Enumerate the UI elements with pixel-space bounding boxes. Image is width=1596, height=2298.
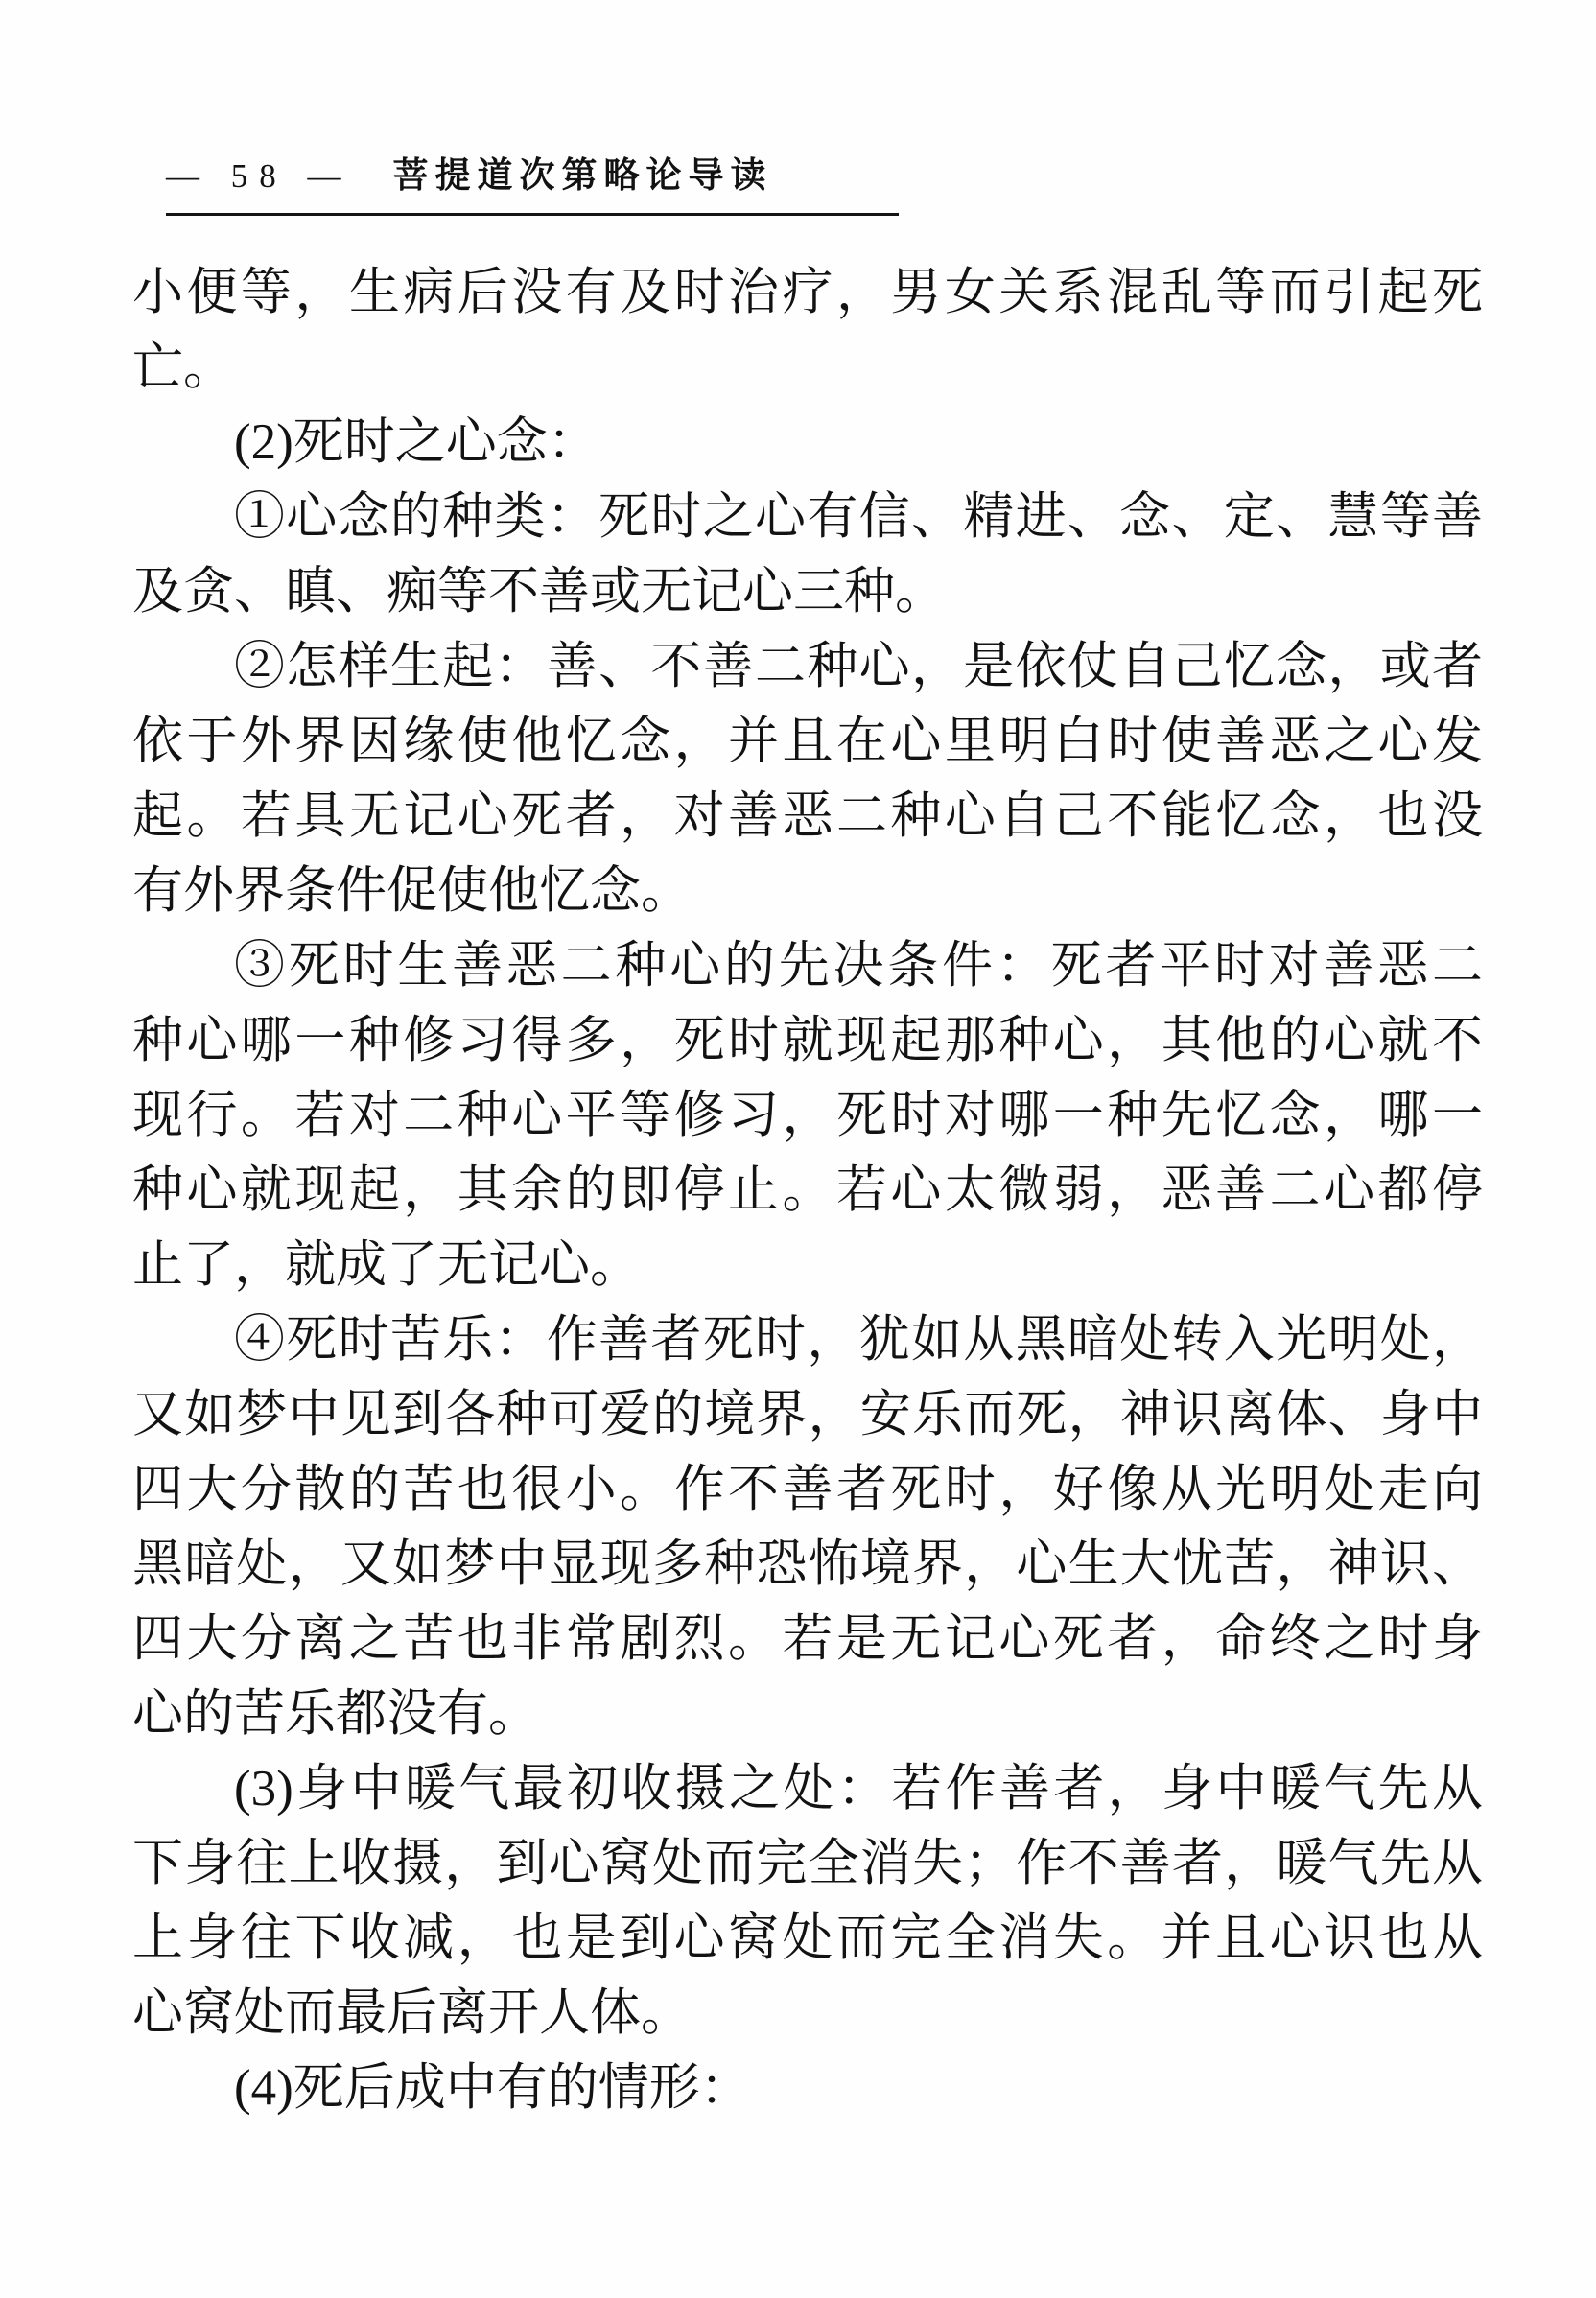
text-body: 小便等，生病后没有及时治疗，男女关系混乱等而引起死亡。(2)死时之心念：①心念的…	[132, 255, 1483, 2125]
book-title: 菩提道次第略论导读	[393, 146, 773, 198]
text-line: 黑暗处，又如梦中显现多种恐怖境界，心生大忧苦，神识、	[132, 1527, 1483, 1602]
text-line: 种心就现起，其余的即停止。若心太微弱，恶善二心都停	[132, 1153, 1483, 1228]
text-line: 现行。若对二种心平等修习，死时对哪一种先忆念，哪一	[132, 1078, 1483, 1153]
text-line: 及贪、瞋、痴等不善或无记心三种。	[132, 554, 1483, 629]
text-line: 四大分离之苦也非常剧烈。若是无记心死者，命终之时身	[132, 1602, 1483, 1677]
text-line: 起。若具无记心死者，对善恶二种心自己不能忆念，也没	[132, 779, 1483, 854]
text-line: (3)身中暖气最初收摄之处：若作善者，身中暖气先从	[132, 1751, 1483, 1826]
text-line: (4)死后成中有的情形：	[132, 2051, 1483, 2125]
text-line: ④死时苦乐：作善者死时，犹如从黑暗处转入光明处，	[132, 1302, 1483, 1377]
text-line: 又如梦中见到各种可爱的境界，安乐而死，神识离体、身中	[132, 1377, 1483, 1452]
text-line: 四大分散的苦也很小。作不善者死时，好像从光明处走向	[132, 1452, 1483, 1527]
text-line: 亡。	[132, 330, 1483, 405]
text-line: 种心哪一种修习得多，死时就现起那种心，其他的心就不	[132, 1003, 1483, 1078]
text-line: 小便等，生病后没有及时治疗，男女关系混乱等而引起死	[132, 255, 1483, 330]
text-line: ①心念的种类：死时之心有信、精进、念、定、慧等善心	[132, 480, 1483, 554]
text-line: 止了，就成了无记心。	[132, 1228, 1483, 1302]
text-line: 心窝处而最后离开人体。	[132, 1976, 1483, 2051]
running-head: — 58 — 菩提道次第略论导读	[166, 146, 899, 216]
text-line: ②怎样生起：善、不善二种心，是依仗自己忆念，或者	[132, 629, 1483, 704]
text-line: ③死时生善恶二种心的先决条件：死者平时对善恶二	[132, 928, 1483, 1003]
text-line: 依于外界因缘使他忆念，并且在心里明白时使善恶之心发	[132, 704, 1483, 779]
text-line: 下身往上收摄，到心窝处而完全消失；作不善者，暖气先从	[132, 1826, 1483, 1901]
page-number: — 58 —	[166, 157, 353, 196]
text-line: 上身往下收减，也是到心窝处而完全消失。并且心识也从	[132, 1901, 1483, 1976]
text-line: 有外界条件促使他忆念。	[132, 854, 1483, 928]
text-line: 心的苦乐都没有。	[132, 1677, 1483, 1751]
book-page: — 58 — 菩提道次第略论导读 小便等，生病后没有及时治疗，男女关系混乱等而引…	[0, 0, 1596, 2298]
text-line: (2)死时之心念：	[132, 405, 1483, 480]
